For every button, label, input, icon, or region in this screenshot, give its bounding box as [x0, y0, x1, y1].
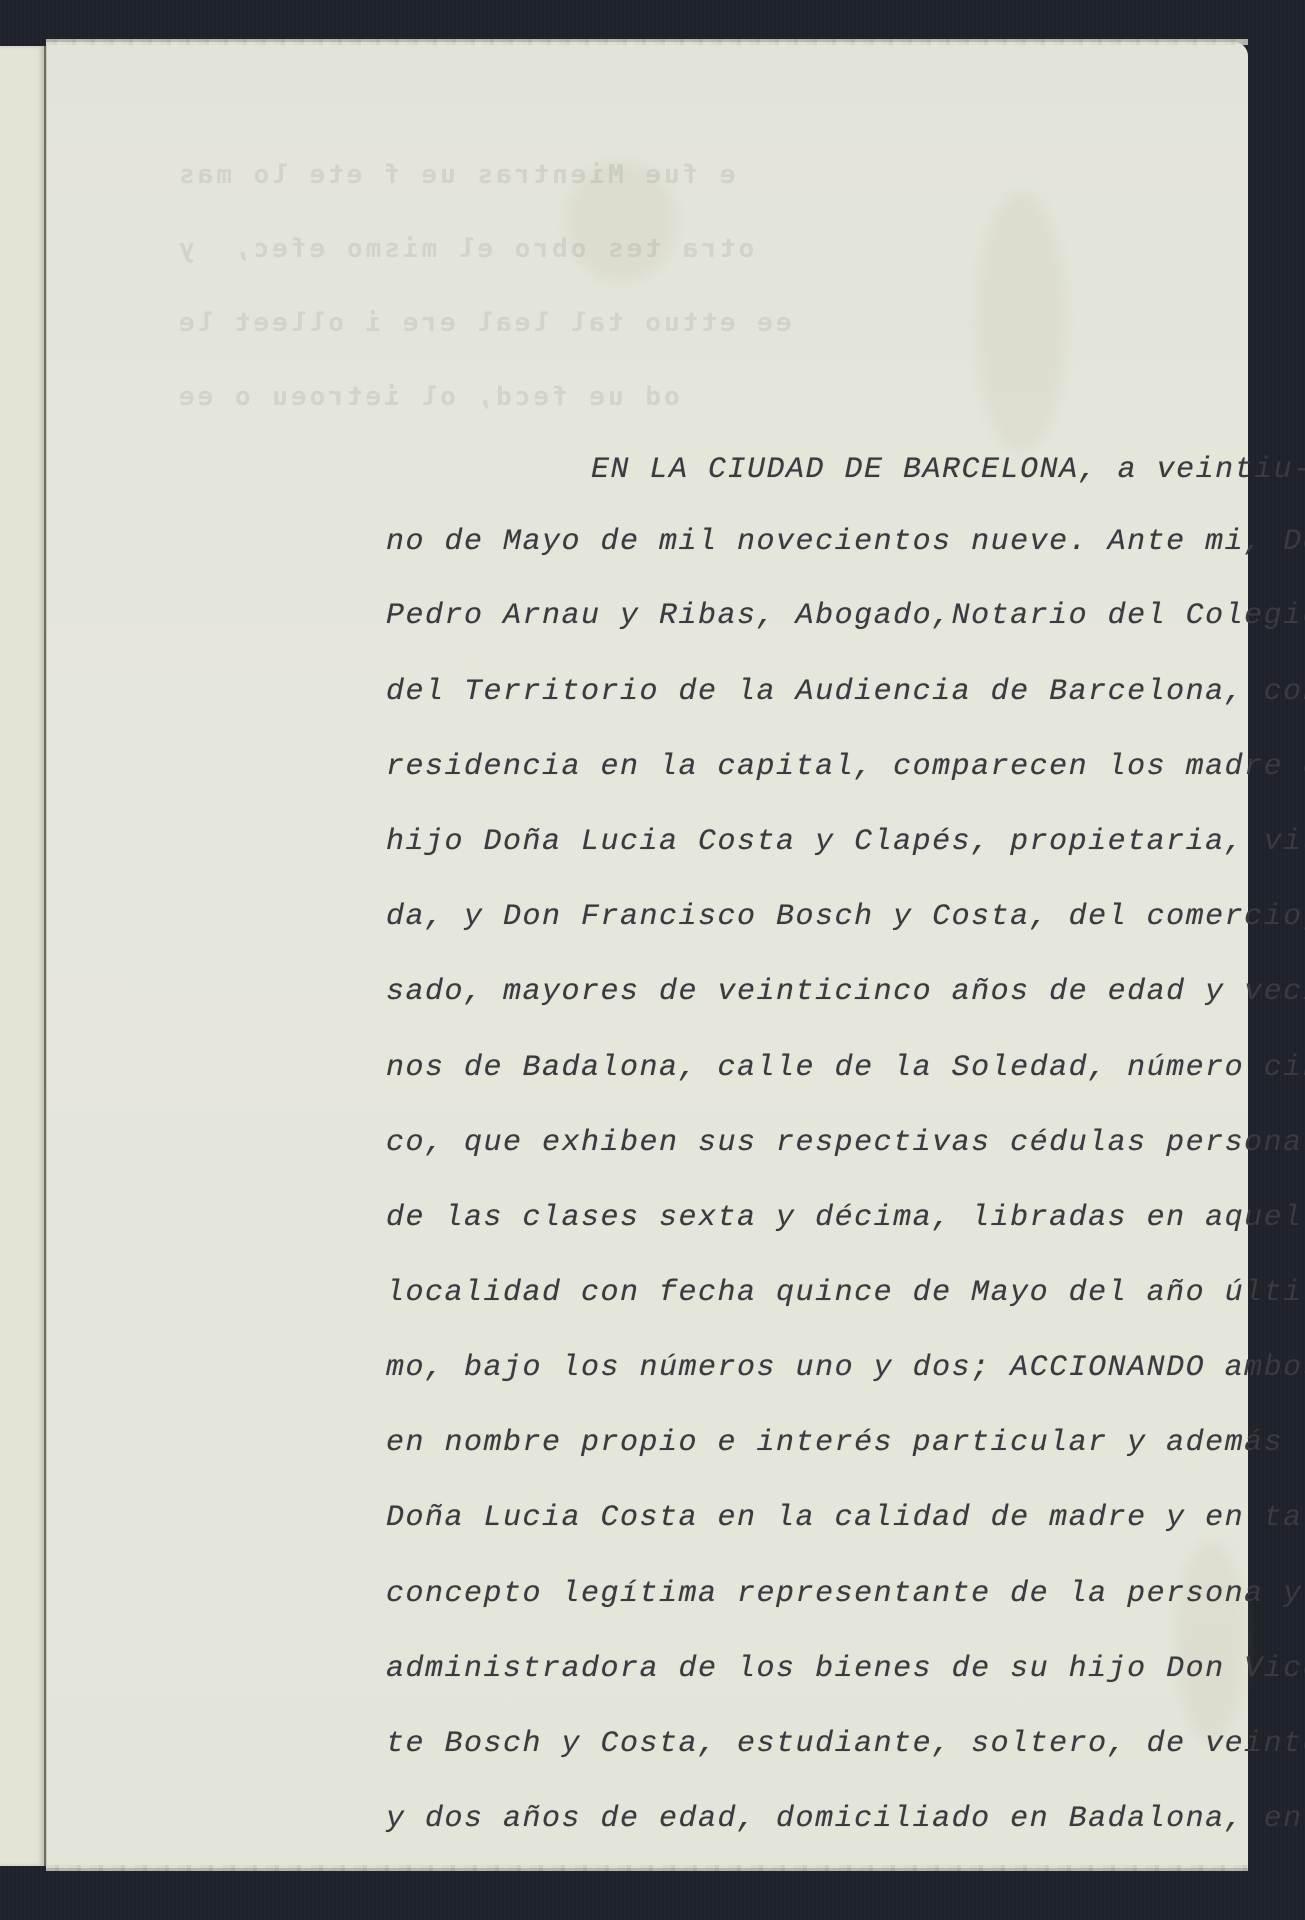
text-line: EN LA CIUDAD DE BARCELONA, a veintiu- — [591, 450, 1305, 490]
text-line: co, que exhiben sus respectivas cédulas … — [386, 1123, 1305, 1163]
adjacent-page-edge — [0, 46, 46, 1866]
bleed-through-texture: od ue fecd, ol ietroeu o ee — [176, 382, 680, 412]
text-line: nos de Badalona, calle de la Soledad, nú… — [386, 1048, 1305, 1088]
text-line: y dos años de edad, domiciliado en Badal… — [386, 1799, 1305, 1839]
document-page: e fue Mientras ue f ete lo mas otra tes … — [46, 42, 1248, 1868]
text-line: te Bosch y Costa, estudiante, soltero, d… — [386, 1724, 1305, 1764]
text-line: localidad con fecha quince de Mayo del a… — [386, 1273, 1305, 1313]
text-line: no de Mayo de mil novecientos nueve. Ant… — [386, 522, 1305, 562]
text-line: administradora de los bienes de su hijo … — [386, 1649, 1305, 1689]
paper-stain — [566, 162, 676, 282]
text-line: Doña Lucia Costa en la calidad de madre … — [386, 1498, 1305, 1538]
bleed-through-texture: ee ettuo tal leal ere i olleet le — [176, 308, 792, 338]
text-line: sado, mayores de veinticinco años de eda… — [386, 972, 1305, 1012]
text-line: concepto legítima representante de la pe… — [386, 1574, 1303, 1614]
text-line: residencia en la capital, comparecen los… — [386, 747, 1305, 787]
text-line: da, y Don Francisco Bosch y Costa, del c… — [386, 897, 1305, 937]
paper-stain — [976, 192, 1066, 452]
text-line: de las clases sexta y décima, libradas e… — [386, 1198, 1305, 1238]
text-line: mo, bajo los números uno y dos; ACCIONAN… — [386, 1348, 1305, 1388]
text-line: Pedro Arnau y Ribas, Abogado,Notario del… — [386, 596, 1305, 636]
paper-stain — [1176, 1542, 1246, 1742]
text-line: hijo Doña Lucia Costa y Clapés, propieta… — [386, 822, 1305, 862]
text-line: en nombre propio e interés particular y … — [386, 1423, 1305, 1463]
text-line: del Territorio de la Audiencia de Barcel… — [386, 672, 1305, 712]
